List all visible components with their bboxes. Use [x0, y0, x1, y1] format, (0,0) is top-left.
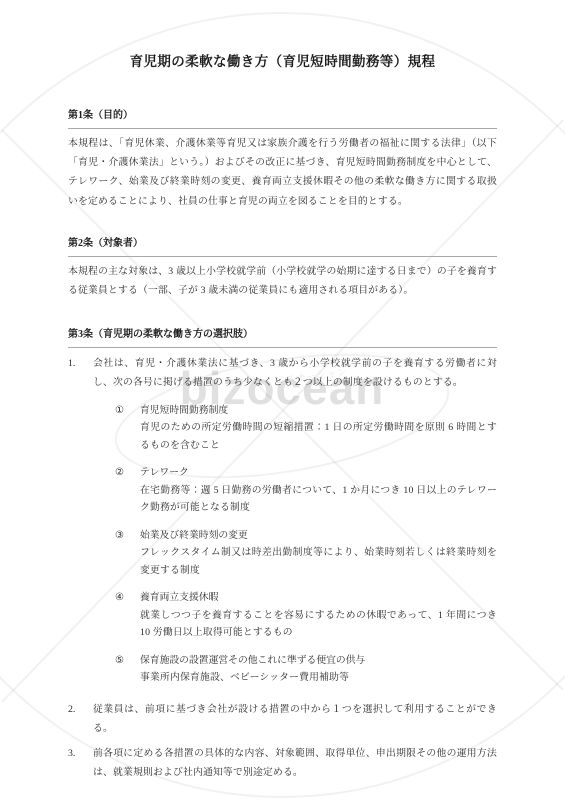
- item-number: 2.: [68, 700, 93, 738]
- article-1-heading: 第1条（目的）: [68, 109, 497, 129]
- option-3: ③ 始業及び終業時刻の変更 フレックスタイム制又は時差出勤制度等により、始業時刻…: [115, 527, 497, 580]
- option-title: 養育両立支援休暇: [140, 589, 497, 607]
- option-title: 保育施設の設置運営その他これに準ずる便宜の供与: [140, 652, 497, 670]
- item-number: 1.: [68, 354, 93, 392]
- option-1: ① 育児短時間勤務制度 育児のための所定労働時間の短縮措置：1 日の所定労働時間…: [115, 402, 497, 455]
- option-description: 就業しつつ子を養育することを容易にするための休暇であって、1 年間につき 10 …: [140, 607, 497, 642]
- numbered-item-3: 3. 前各項に定める各措置の具体的な内容、対象範囲、取得単位、申出期限その他の運…: [68, 744, 497, 782]
- option-5: ⑤ 保育施設の設置運営その他これに準ずる便宜の供与 事業所内保育施設、ベビーシッ…: [115, 652, 497, 687]
- article-1-body: 本規程は、「育児休業、介護休業等育児又は家族介護を行う労働者の福祉に関する法律」…: [68, 134, 497, 211]
- option-circled-number: ③: [115, 527, 140, 580]
- page-title: 育児期の柔軟な働き方（育児短時間勤務等）規程: [68, 0, 497, 72]
- option-title: 育児短時間勤務制度: [140, 402, 497, 420]
- item-text: 会社は、育児・介護休業法に基づき、3 歳から小学校就学前の子を養育する労働者に対…: [93, 354, 497, 392]
- article-3: 第3条（育児期の柔軟な働き方の選択肢） 1. 会社は、育児・介護休業法に基づき、…: [68, 328, 497, 782]
- option-description: 育児のための所定労働時間の短縮措置：1 日の所定労働時間を原則 6 時間とするも…: [140, 419, 497, 454]
- item-text: 従業員は、前項に基づき会社が設ける措置の中から１つを選択して利用することができる…: [93, 700, 497, 738]
- numbered-item-2: 2. 従業員は、前項に基づき会社が設ける措置の中から１つを選択して利用することが…: [68, 700, 497, 738]
- option-circled-number: ②: [115, 464, 140, 517]
- option-4: ④ 養育両立支援休暇 就業しつつ子を養育することを容易にするための休暇であって、…: [115, 589, 497, 642]
- article-1: 第1条（目的） 本規程は、「育児休業、介護休業等育児又は家族介護を行う労働者の福…: [68, 109, 497, 211]
- item-number: 3.: [68, 744, 93, 782]
- option-circled-number: ④: [115, 589, 140, 642]
- article-2: 第2条（対象者） 本規程の主な対象は、3 歳以上小学校就学前（小学校就学の始期に…: [68, 237, 497, 300]
- article-2-heading: 第2条（対象者）: [68, 237, 497, 257]
- option-description: 在宅勤務等：週 5 日勤務の労働者について、1 か月につき 10 日以上のテレワ…: [140, 482, 497, 517]
- numbered-item-1: 1. 会社は、育児・介護休業法に基づき、3 歳から小学校就学前の子を養育する労働…: [68, 354, 497, 392]
- option-circled-number: ①: [115, 402, 140, 455]
- document-content: 育児期の柔軟な働き方（育児短時間勤務等）規程 第1条（目的） 本規程は、「育児休…: [68, 0, 497, 782]
- option-description: フレックスタイム制又は時差出勤制度等により、始業時刻若しくは終業時刻を変更する制…: [140, 544, 497, 579]
- article-3-heading: 第3条（育児期の柔軟な働き方の選択肢）: [68, 328, 497, 348]
- option-description: 事業所内保育施設、ベビーシッター費用補助等: [140, 669, 497, 687]
- option-2: ② テレワーク 在宅勤務等：週 5 日勤務の労働者について、1 か月につき 10…: [115, 464, 497, 517]
- item-text: 前各項に定める各措置の具体的な内容、対象範囲、取得単位、申出期限その他の運用方法…: [93, 744, 497, 782]
- option-title: テレワーク: [140, 464, 497, 482]
- article-2-body: 本規程の主な対象は、3 歳以上小学校就学前（小学校就学の始期に達する日まで）の子…: [68, 262, 497, 300]
- option-circled-number: ⑤: [115, 652, 140, 687]
- option-title: 始業及び終業時刻の変更: [140, 527, 497, 545]
- option-list: ① 育児短時間勤務制度 育児のための所定労働時間の短縮措置：1 日の所定労働時間…: [115, 402, 497, 687]
- document-page: bizocean ビズオーシャン 育児期の柔軟な働き方（育児短時間勤務等）規程 …: [0, 0, 565, 800]
